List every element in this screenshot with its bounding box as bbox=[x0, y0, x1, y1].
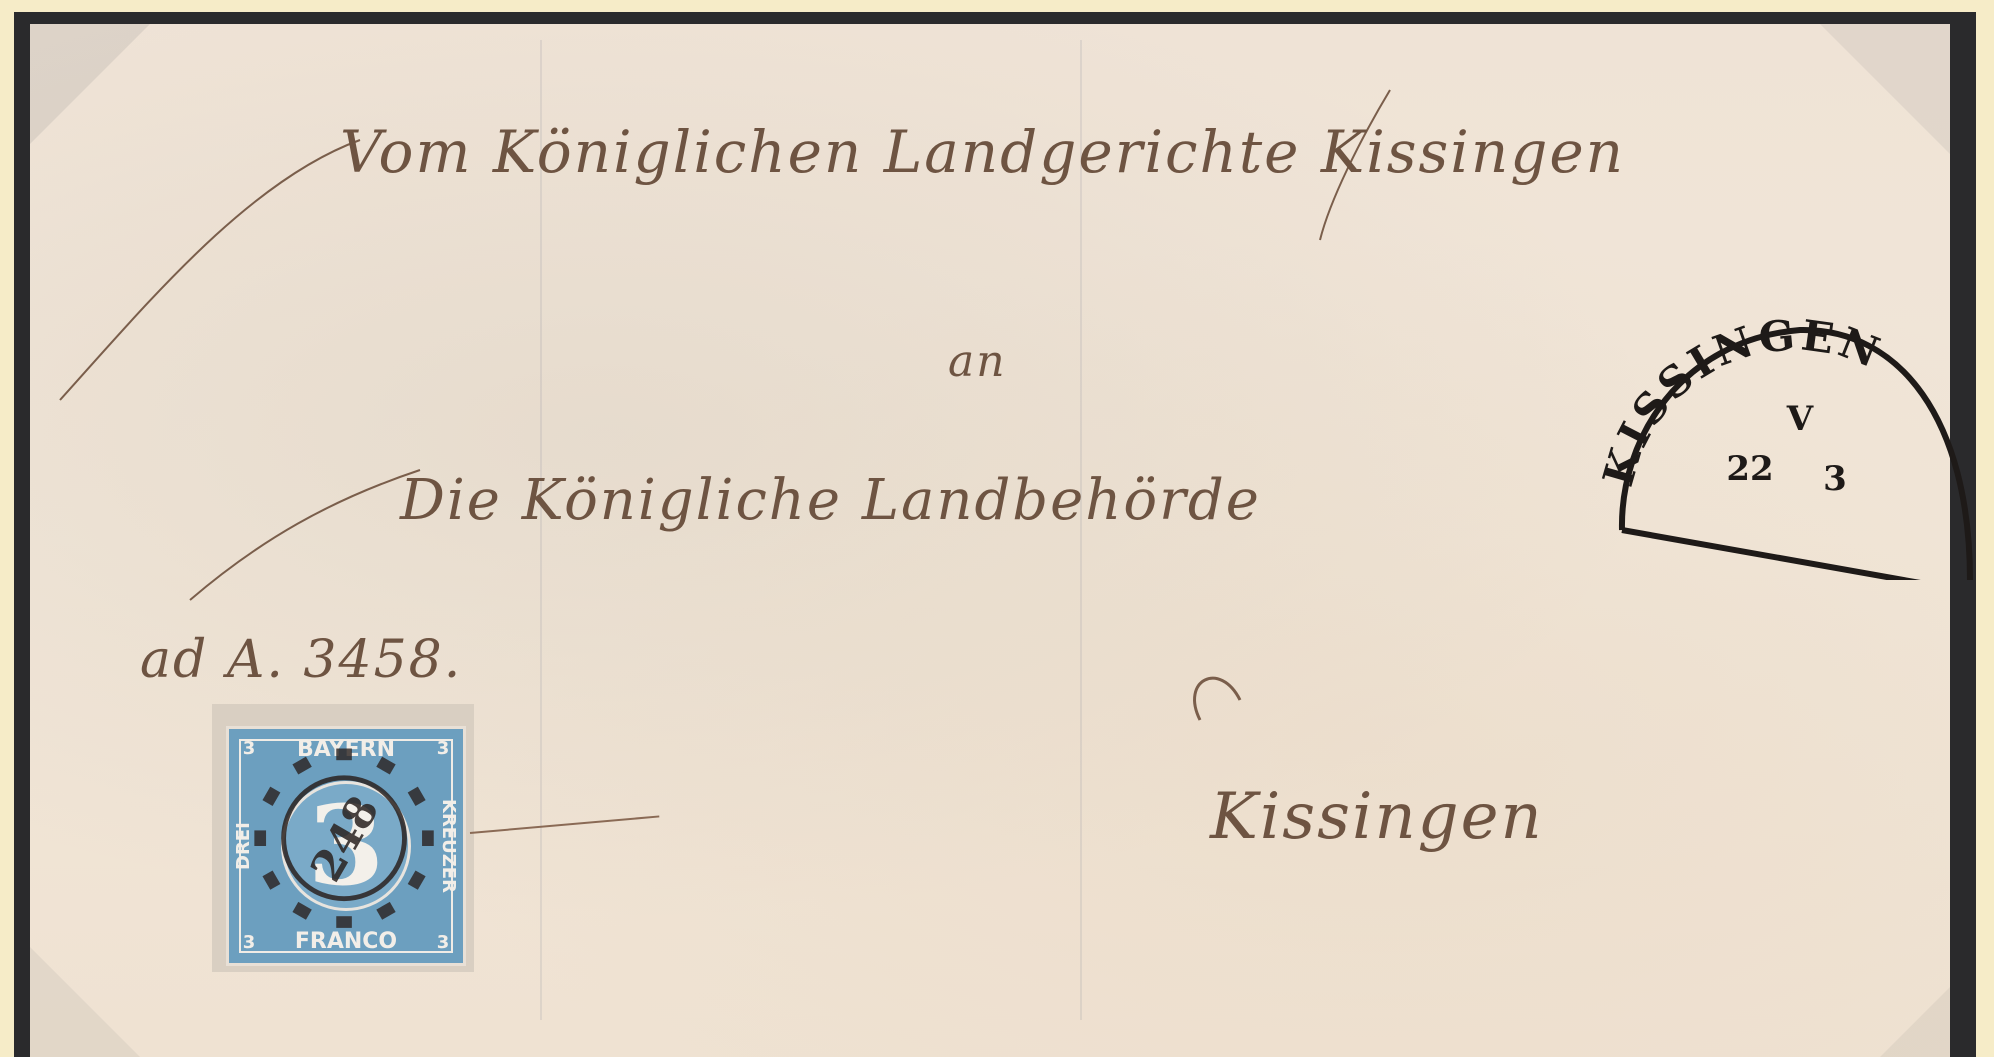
address-line-recipient: Die Königliche Landbehörde bbox=[400, 468, 1261, 533]
postmark-day: 22 bbox=[1726, 449, 1773, 489]
kissingen-half-circle-postmark: KISSINGEN V 22 3 bbox=[1600, 300, 1980, 580]
postmark-hour: V bbox=[1786, 399, 1814, 439]
address-line-sender: Vom Königlichen Landgerichte Kissingen bbox=[340, 118, 1625, 186]
cancel-number: 248 bbox=[301, 788, 389, 891]
mount-corner-top-right bbox=[1820, 24, 1950, 154]
mill-wheel-cancel: 248 bbox=[229, 729, 463, 963]
postmark-month: 3 bbox=[1823, 459, 1847, 499]
reference-note: ad A. 3458. bbox=[140, 630, 462, 690]
address-line-city: Kissingen bbox=[1210, 780, 1544, 854]
mount-corner-bottom-left bbox=[30, 947, 140, 1057]
mount-corner-top-left bbox=[30, 24, 150, 144]
postage-stamp-on-piece: BAYERN DREI KREUZER FRANCO 3 3 3 3 3 bbox=[212, 704, 474, 972]
address-line-an: an bbox=[948, 336, 1007, 387]
bavaria-3-kreuzer-stamp: BAYERN DREI KREUZER FRANCO 3 3 3 3 3 bbox=[226, 726, 466, 966]
mount-corner-bottom-right bbox=[1880, 987, 1950, 1057]
